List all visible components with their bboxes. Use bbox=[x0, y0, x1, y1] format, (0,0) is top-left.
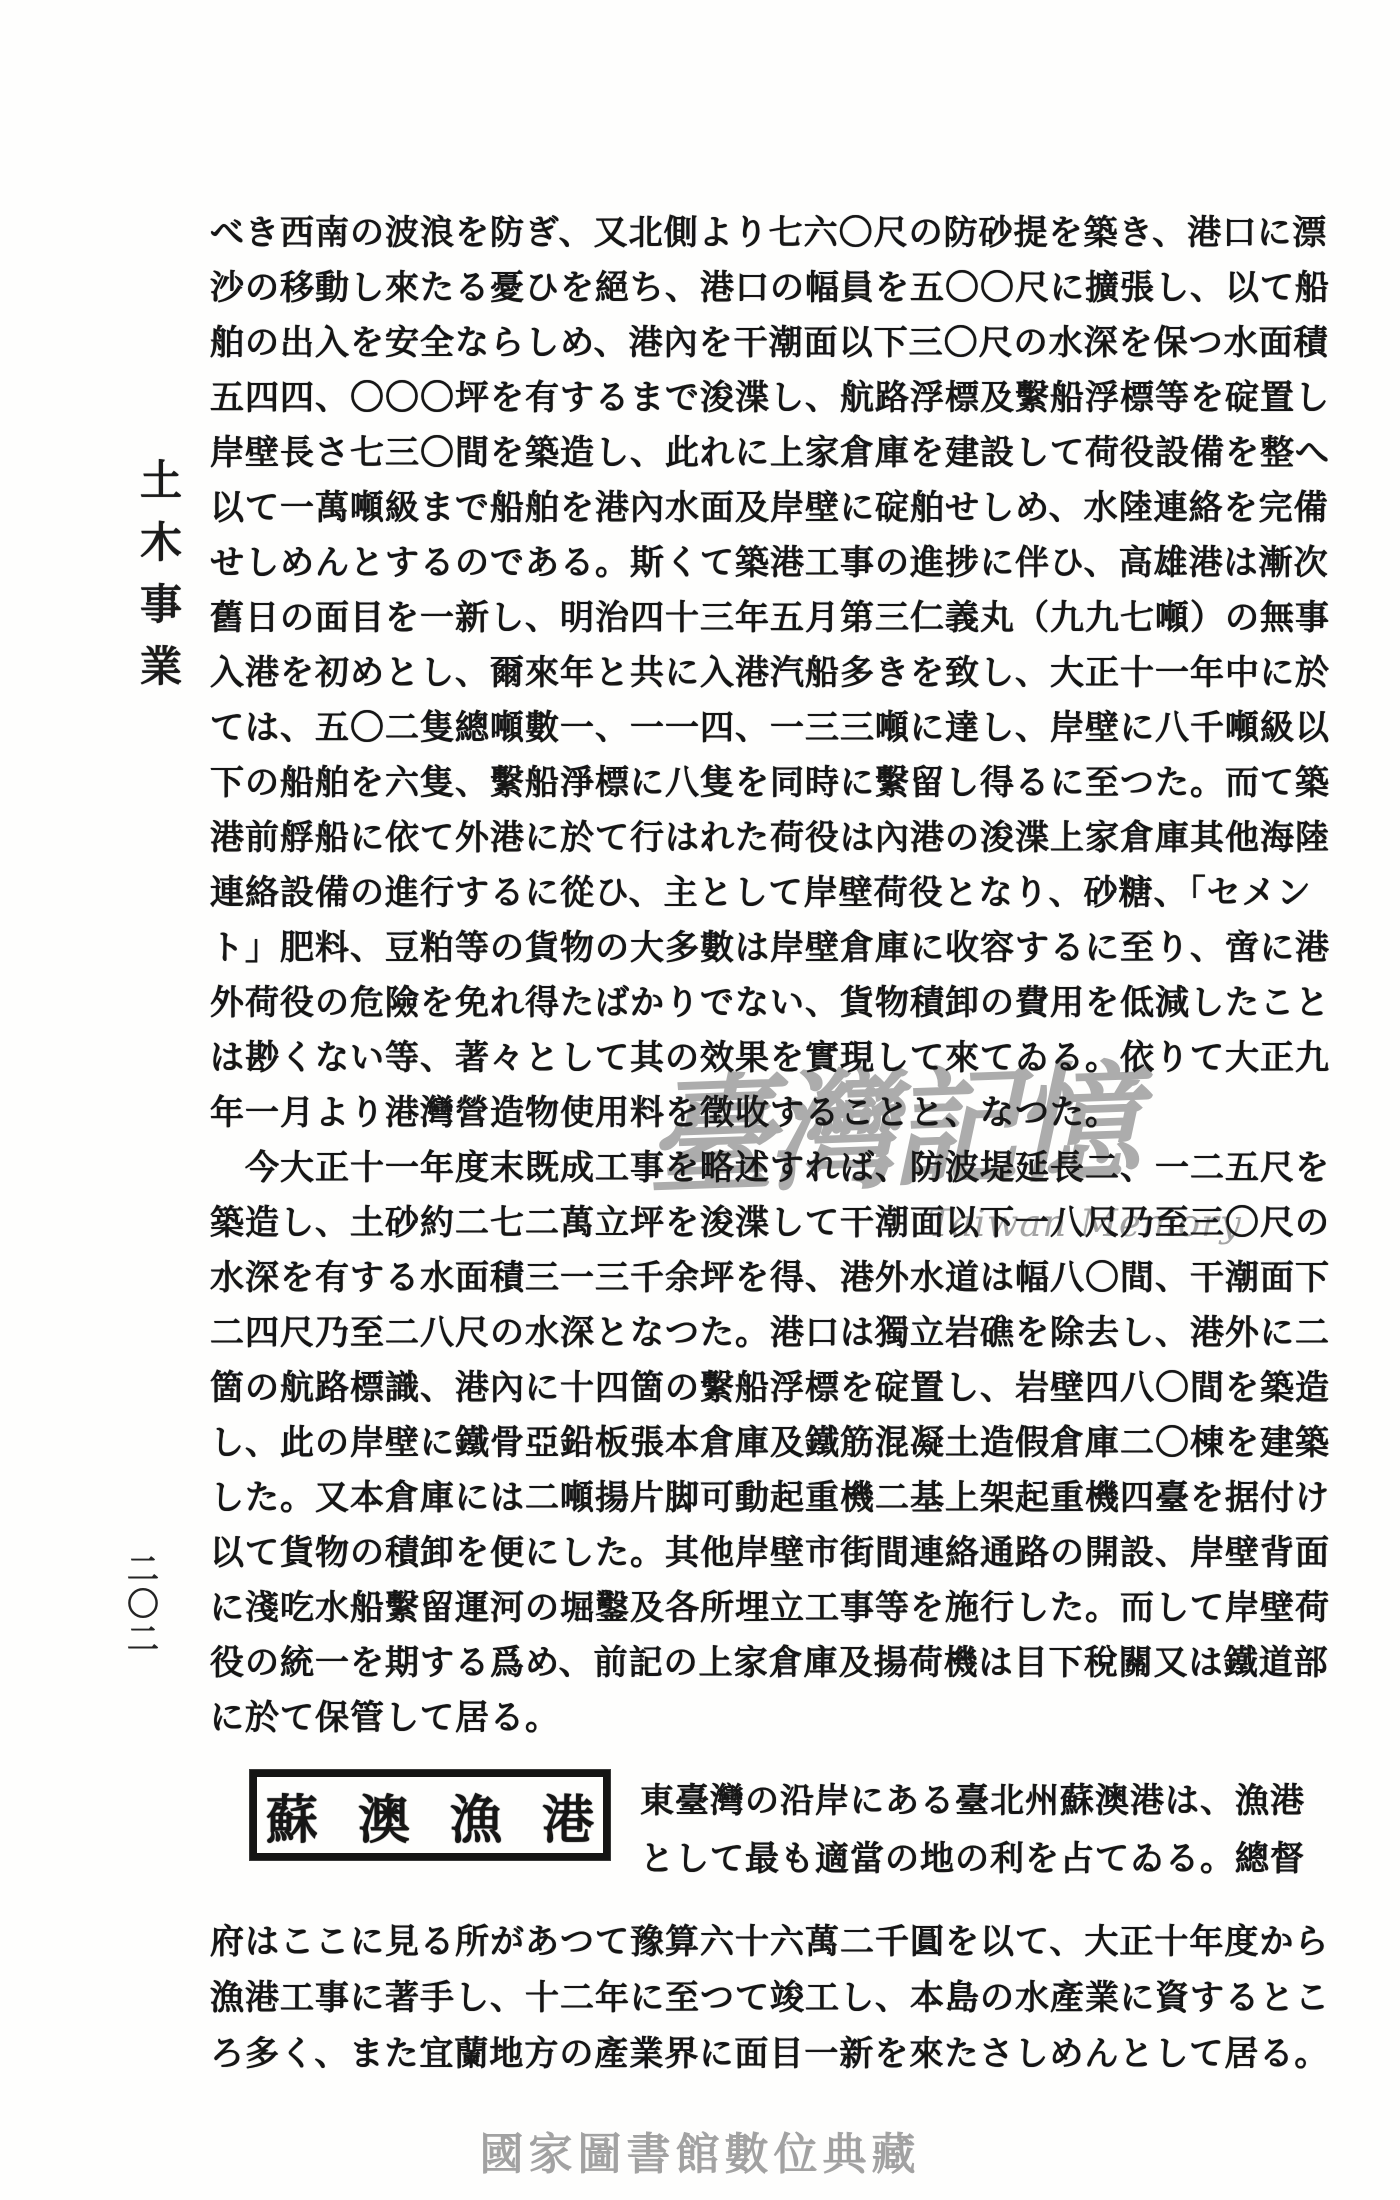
text-line: 東臺灣の沿岸にある臺北州蘇澳港は、漁港 bbox=[640, 1772, 1305, 1830]
text-line: 二四尺乃至二八尺の水深となつた。港口は獨立岩礁を除去し、港外に二 bbox=[210, 1306, 1335, 1361]
text-line: ト」肥料、豆粕等の貨物の大多數は岸壁倉庫に收容するに至り、啻に港 bbox=[210, 921, 1335, 976]
text-line: に淺吃水船繫留運河の堀鑿及各所埋立工事等を施行した。而して岸壁荷 bbox=[210, 1581, 1335, 1636]
text-line: 沙の移動し來たる憂ひを絕ち、港口の幅員を五〇〇尺に擴張し、以て船 bbox=[210, 261, 1335, 316]
section-heading-box: 蘇澳漁港 bbox=[250, 1770, 610, 1860]
text-line: 水深を有する水面積三一三千余坪を得、港外水道は幅八〇間、干潮面下 bbox=[210, 1251, 1335, 1306]
text-line: 舶の出入を安全ならしめ、港內を干潮面以下三〇尺の水深を保つ水面積 bbox=[210, 316, 1335, 371]
text-line: し、此の岸壁に鐵骨亞鉛板張本倉庫及鐵筋混凝土造假倉庫二〇棟を建築 bbox=[210, 1416, 1335, 1471]
text-line: べき西南の波浪を防ぎ、又北側より七六〇尺の防砂提を築き、港口に漂 bbox=[210, 206, 1335, 261]
heading-run-in-text: 東臺灣の沿岸にある臺北州蘇澳港は、漁港 として最も適當の地の利を占てゐる。總督 bbox=[640, 1770, 1305, 1888]
chapter-margin-label: 土木事業 bbox=[128, 458, 188, 706]
text-line: 下の船舶を六隻、繫船淨標に八隻を同時に繫留し得るに至つた。而て築 bbox=[210, 756, 1335, 811]
text-line: 役の統一を期する爲め、前記の上家倉庫及揚荷機は目下稅關又は鐵道部 bbox=[210, 1636, 1335, 1691]
closing-text-block: 府はここに見る所があつて豫算六十六萬二千圓を以て、大正十年度から 漁港工事に著手… bbox=[210, 1914, 1335, 2082]
text-line: 以て貨物の積卸を便にした。其他岸壁市街間連絡通路の開設、岸壁背面 bbox=[210, 1526, 1335, 1581]
text-line: 今大正十一年度末既成工事を略述すれば、防波堤延長二、一二五尺を bbox=[210, 1141, 1335, 1196]
folio-page-number: 二〇二 bbox=[118, 1552, 164, 1657]
text-line: 舊日の面目を一新し、明治四十三年五月第三仁義丸（九九七噸）の無事 bbox=[210, 591, 1335, 646]
text-line: 五四四、〇〇〇坪を有するまで浚渫し、航路浮標及繫船浮標等を碇置し bbox=[210, 371, 1335, 426]
text-line: 年一月より港灣營造物使用料を徵收することと、なつた。 bbox=[210, 1086, 1335, 1141]
section-heading: 蘇澳漁港 bbox=[266, 1778, 634, 1853]
text-line: として最も適當の地の利を占てゐる。總督 bbox=[640, 1830, 1305, 1888]
text-line: 外荷役の危險を免れ得たばかりでない、貨物積卸の費用を低減したこと bbox=[210, 976, 1335, 1031]
archive-credit: 國家圖書館數位典藏 bbox=[0, 2118, 1400, 2182]
text-line: 築造し、土砂約二七二萬立坪を浚渫して干潮面以下一八尺乃至三〇尺の bbox=[210, 1196, 1335, 1251]
text-line: に於て保管して居る。 bbox=[210, 1691, 1335, 1746]
text-line: 岸壁長さ七三〇間を築造し、此れに上家倉庫を建設して荷役設備を整へ bbox=[210, 426, 1335, 481]
text-line: 以て一萬噸級まで船舶を港內水面及岸壁に碇舶せしめ、水陸連絡を完備 bbox=[210, 481, 1335, 536]
text-line: は尠くない等、著々として其の效果を實現して來てゐる。依りて大正九 bbox=[210, 1031, 1335, 1086]
text-line: 箇の航路標識、港內に十四箇の繫船浮標を碇置し、岩壁四八〇間を築造 bbox=[210, 1361, 1335, 1416]
text-line: せしめんとするのである。斯くて築港工事の進捗に伴ひ、高雄港は漸次 bbox=[210, 536, 1335, 591]
scanned-book-page: 臺灣記憶 Taiwan Memory 土木事業 二〇二 べき西南の波浪を防ぎ、又… bbox=[0, 0, 1400, 2200]
section-heading-row: 蘇澳漁港 東臺灣の沿岸にある臺北州蘇澳港は、漁港 として最も適當の地の利を占てゐ… bbox=[210, 1770, 1335, 1888]
text-line: 連絡設備の進行するに從ひ、主として岸壁荷役となり、砂糖、「セメン bbox=[210, 866, 1335, 921]
text-line: ろ多く、また宜蘭地方の產業界に面目一新を來たさしめんとして居る。 bbox=[210, 2026, 1335, 2082]
text-line: 港前艀船に依て外港に於て行はれた荷役は內港の浚渫上家倉庫其他海陸 bbox=[210, 811, 1335, 866]
text-line: 府はここに見る所があつて豫算六十六萬二千圓を以て、大正十年度から bbox=[210, 1914, 1335, 1970]
text-line: 漁港工事に著手し、十二年に至つて竣工し、本島の水產業に資するとこ bbox=[210, 1970, 1335, 2026]
text-line: した。又本倉庫には二噸揚片脚可動起重機二基上架起重機四臺を据付け bbox=[210, 1471, 1335, 1526]
text-line: 入港を初めとし、爾來年と共に入港汽船多きを致し、大正十一年中に於 bbox=[210, 646, 1335, 701]
text-line: ては、五〇二隻總噸數一、一一四、一三三噸に達し、岸壁に八千噸級以 bbox=[210, 701, 1335, 756]
main-text-block: べき西南の波浪を防ぎ、又北側より七六〇尺の防砂提を築き、港口に漂 沙の移動し來た… bbox=[210, 206, 1335, 2082]
